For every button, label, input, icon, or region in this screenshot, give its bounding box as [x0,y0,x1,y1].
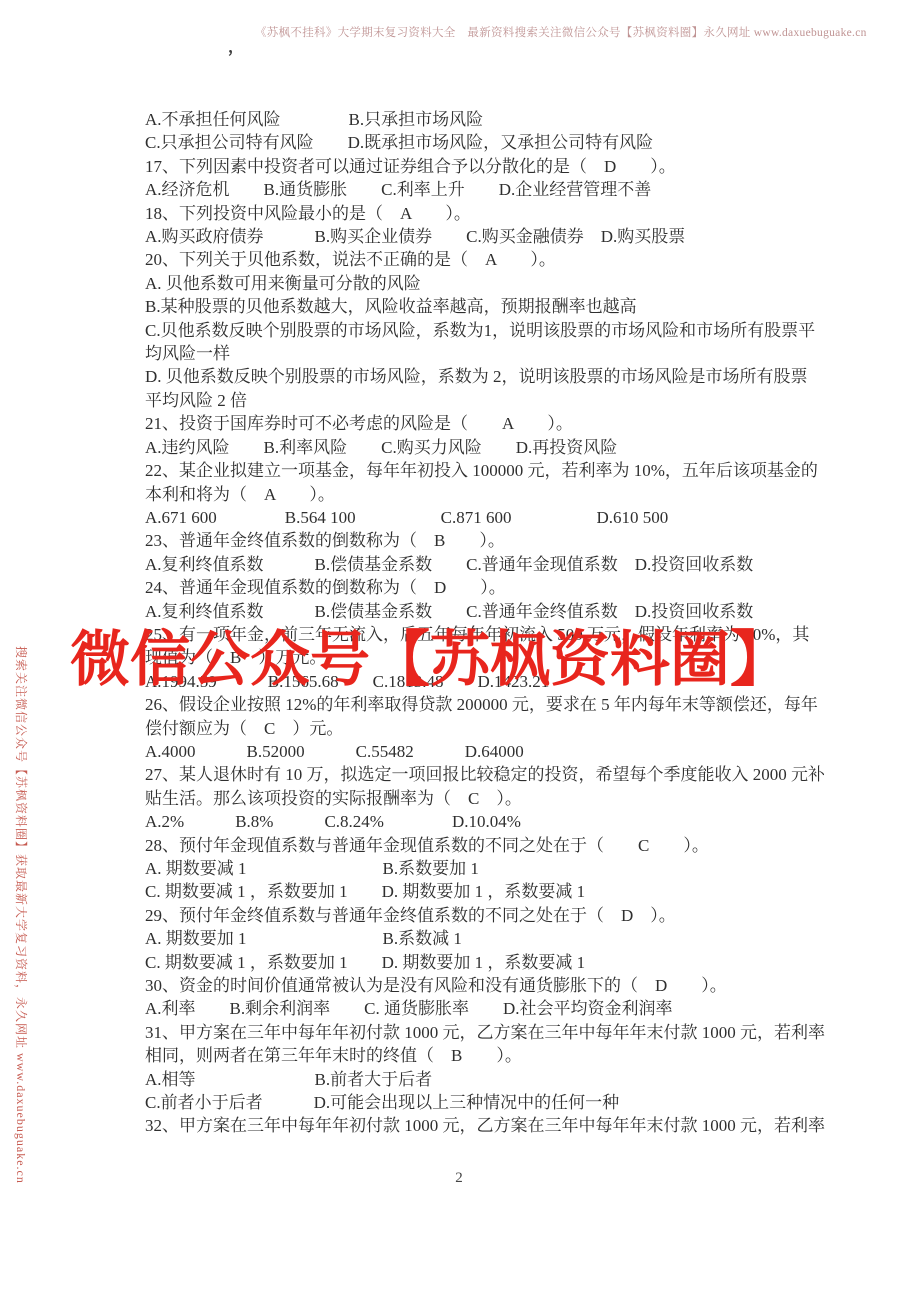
text-line: A.经济危机 B.通货膨胀 C.利率上升 D.企业经营管理不善 [145,178,825,201]
text-line: D. 贝他系数反映个别股票的市场风险，系数为 2，说明该股票的市场风险是市场所有… [145,365,825,388]
text-line: A.4000 B.52000 C.55482 D.64000 [145,740,825,763]
header-promo-text: 《苏枫不挂科》大学期末复习资料大全 最新资料搜索关注微信公众号【苏枫资料圈】永久… [255,24,867,40]
text-line: A.违约风险 B.利率风险 C.购买力风险 D.再投资风险 [145,436,825,459]
text-line: 贴生活。那么该项投资的实际报酬率为（ C ）。 [145,787,825,810]
page-number: 2 [0,1170,918,1187]
text-line: C. 期数要减 1 ，系数要加 1 D. 期数要加 1 ，系数要减 1 [145,880,825,903]
document-page: 《苏枫不挂科》大学期末复习资料大全 最新资料搜索关注微信公众号【苏枫资料圈】永久… [0,0,918,1298]
text-line: 23、普通年金终值系数的倒数称为（ B ）。 [145,529,825,552]
text-line: 29、预付年金终值系数与普通年金终值系数的不同之处在于（ D ）。 [145,904,825,927]
text-line: A.不承担任何风险 B.只承担市场风险 [145,108,825,131]
text-line: 30、资金的时间价值通常被认为是没有风险和没有通货膨胀下的（ D ）。 [145,974,825,997]
text-line: 本利和将为（ A ）。 [145,483,825,506]
text-line: 32、甲方案在三年中每年年初付款 1000 元，乙方案在三年中每年年末付款 10… [145,1114,825,1137]
text-line: 18、下列投资中风险最小的是（ A ）。 [145,202,825,225]
text-line: A.购买政府债券 B.购买企业债券 C.购买金融债券 D.购买股票 [145,225,825,248]
text-line: A. 期数要加 1 B.系数减 1 [145,927,825,950]
stray-comma-mark: ， [228,34,244,57]
text-line: 27、某人退休时有 10 万，拟选定一项回报比较稳定的投资，希望每个季度能收入 … [145,763,825,786]
text-line: A. 期数要减 1 B.系数要加 1 [145,857,825,880]
text-line: 相同，则两者在第三年年末时的终值（ B ）。 [145,1044,825,1067]
text-line: B.某种股票的贝他系数越大，风险收益率越高，预期报酬率也越高 [145,295,825,318]
text-line: 28、预付年金现值系数与普通年金现值系数的不同之处在于（ C ）。 [145,834,825,857]
text-line: C. 期数要减 1 ，系数要加 1 D. 期数要加 1 ，系数要减 1 [145,951,825,974]
text-line: 22、某企业拟建立一项基金，每年年初投入 100000 元，若利率为 10%，五… [145,459,825,482]
text-line: 平均风险 2 倍 [145,389,825,412]
text-line: 17、下列因素中投资者可以通过证券组合予以分散化的是（ D ）。 [145,155,825,178]
text-line: 21、投资于国库券时可不必考虑的风险是（ A ）。 [145,412,825,435]
text-line: A.671 600 B.564 100 C.871 600 D.610 500 [145,506,825,529]
text-line: C.只承担公司特有风险 D.既承担市场风险，又承担公司特有风险 [145,131,825,154]
text-line: 31、甲方案在三年中每年年初付款 1000 元，乙方案在三年中每年年末付款 10… [145,1021,825,1044]
sidebar-promo-text: 搜索关注微信公众号【苏枫资料圈】获取最新大学复习资料，永久网址 www.daxu… [13,646,30,1106]
text-line: 偿付额应为（ C ）元。 [145,717,825,740]
text-line: A.2% B.8% C.8.24% D.10.04% [145,810,825,833]
text-line: A. 贝他系数可用来衡量可分散的风险 [145,272,825,295]
text-line: 均风险一样 [145,342,825,365]
text-line: C.贝他系数反映个别股票的市场风险，系数为1，说明该股票的市场风险和市场所有股票… [145,319,825,342]
watermark-text: 微信公众号【苏枫资料圈】 [70,612,830,698]
text-line: C.前者小于后者 D.可能会出现以上三种情况中的任何一种 [145,1091,825,1114]
text-line: A.相等 B.前者大于后者 [145,1068,825,1091]
text-line: A.利率 B.剩余利润率 C. 通货膨胀率 D.社会平均资金利润率 [145,997,825,1020]
text-line: A.复利终值系数 B.偿债基金系数 C.普通年金现值系数 D.投资回收系数 [145,553,825,576]
text-line: 20、下列关于贝他系数，说法不正确的是（ A ）。 [145,248,825,271]
text-line: 24、普通年金现值系数的倒数称为（ D ）。 [145,576,825,599]
